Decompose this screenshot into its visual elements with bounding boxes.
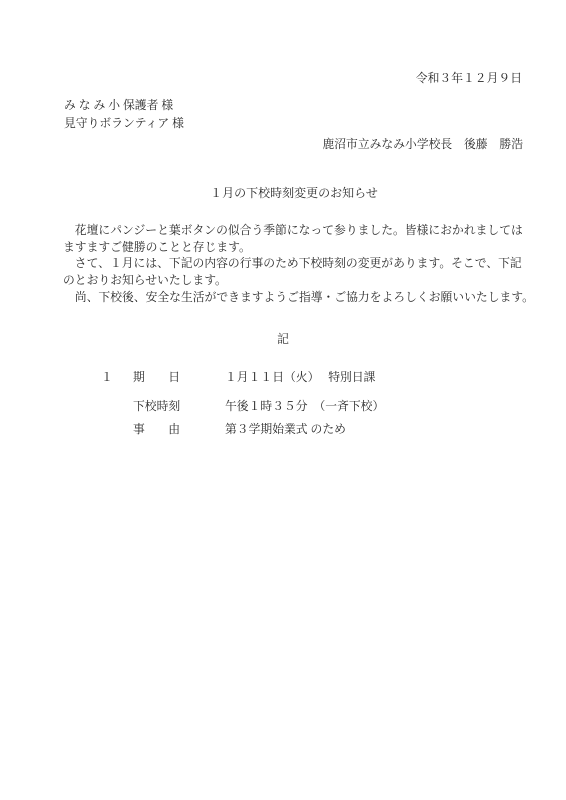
body-line-4: のとおりお知らせいたします。: [63, 272, 534, 289]
detail-row-dismissal-time: 下校時刻 午後１時３５分 （一斉下校）: [101, 397, 384, 414]
detail-value-dismissal-time: 午後１時３５分 （一斉下校）: [225, 397, 384, 414]
letter-page: 令和３年１２月９日 み な み 小 保護者 様 見守りボランティア 様 鹿沼市立…: [0, 0, 566, 800]
body-line-1: 花壇にパンジーと葉ボタンの似合う季節になって参りました。皆様におかれましては: [63, 222, 534, 239]
body-line-2: ますますご健勝のことと存じます。: [63, 239, 534, 256]
detail-label-date: 期 日: [133, 368, 180, 385]
body-line-3: さて、１月には、下記の内容の行事のため下校時刻の変更があります。そこで、下記: [63, 255, 534, 272]
date-line: 令和３年１２月９日: [416, 69, 522, 86]
body-paragraphs: 花壇にパンジーと葉ボタンの似合う季節になって参りました。皆様におかれましては ま…: [63, 222, 534, 306]
detail-row-reason: 事 由 第３学期始業式 のため: [101, 420, 346, 437]
sender-line: 鹿沼市立みなみ小学校長 後藤 勝浩: [322, 135, 523, 152]
detail-label-dismissal-time: 下校時刻: [133, 397, 180, 414]
document-title: １月の下校時刻変更のお知らせ: [0, 184, 566, 201]
recipient-line-guardians: み な み 小 保護者 様: [64, 97, 184, 115]
record-marker: 記: [0, 330, 566, 347]
detail-number: １: [101, 368, 133, 385]
recipient-block: み な み 小 保護者 様 見守りボランティア 様: [64, 97, 184, 132]
detail-value-reason: 第３学期始業式 のため: [225, 420, 346, 437]
detail-row-date: １ 期 日 １月１１日（火） 特別日課: [101, 368, 375, 385]
body-line-5: 尚、下校後、安全な生活ができますようご指導・ご協力をよろしくお願いいたします。: [63, 289, 534, 306]
recipient-line-volunteers: 見守りボランティア 様: [64, 115, 184, 133]
detail-label-reason: 事 由: [133, 420, 180, 437]
detail-value-date: １月１１日（火） 特別日課: [225, 368, 375, 385]
